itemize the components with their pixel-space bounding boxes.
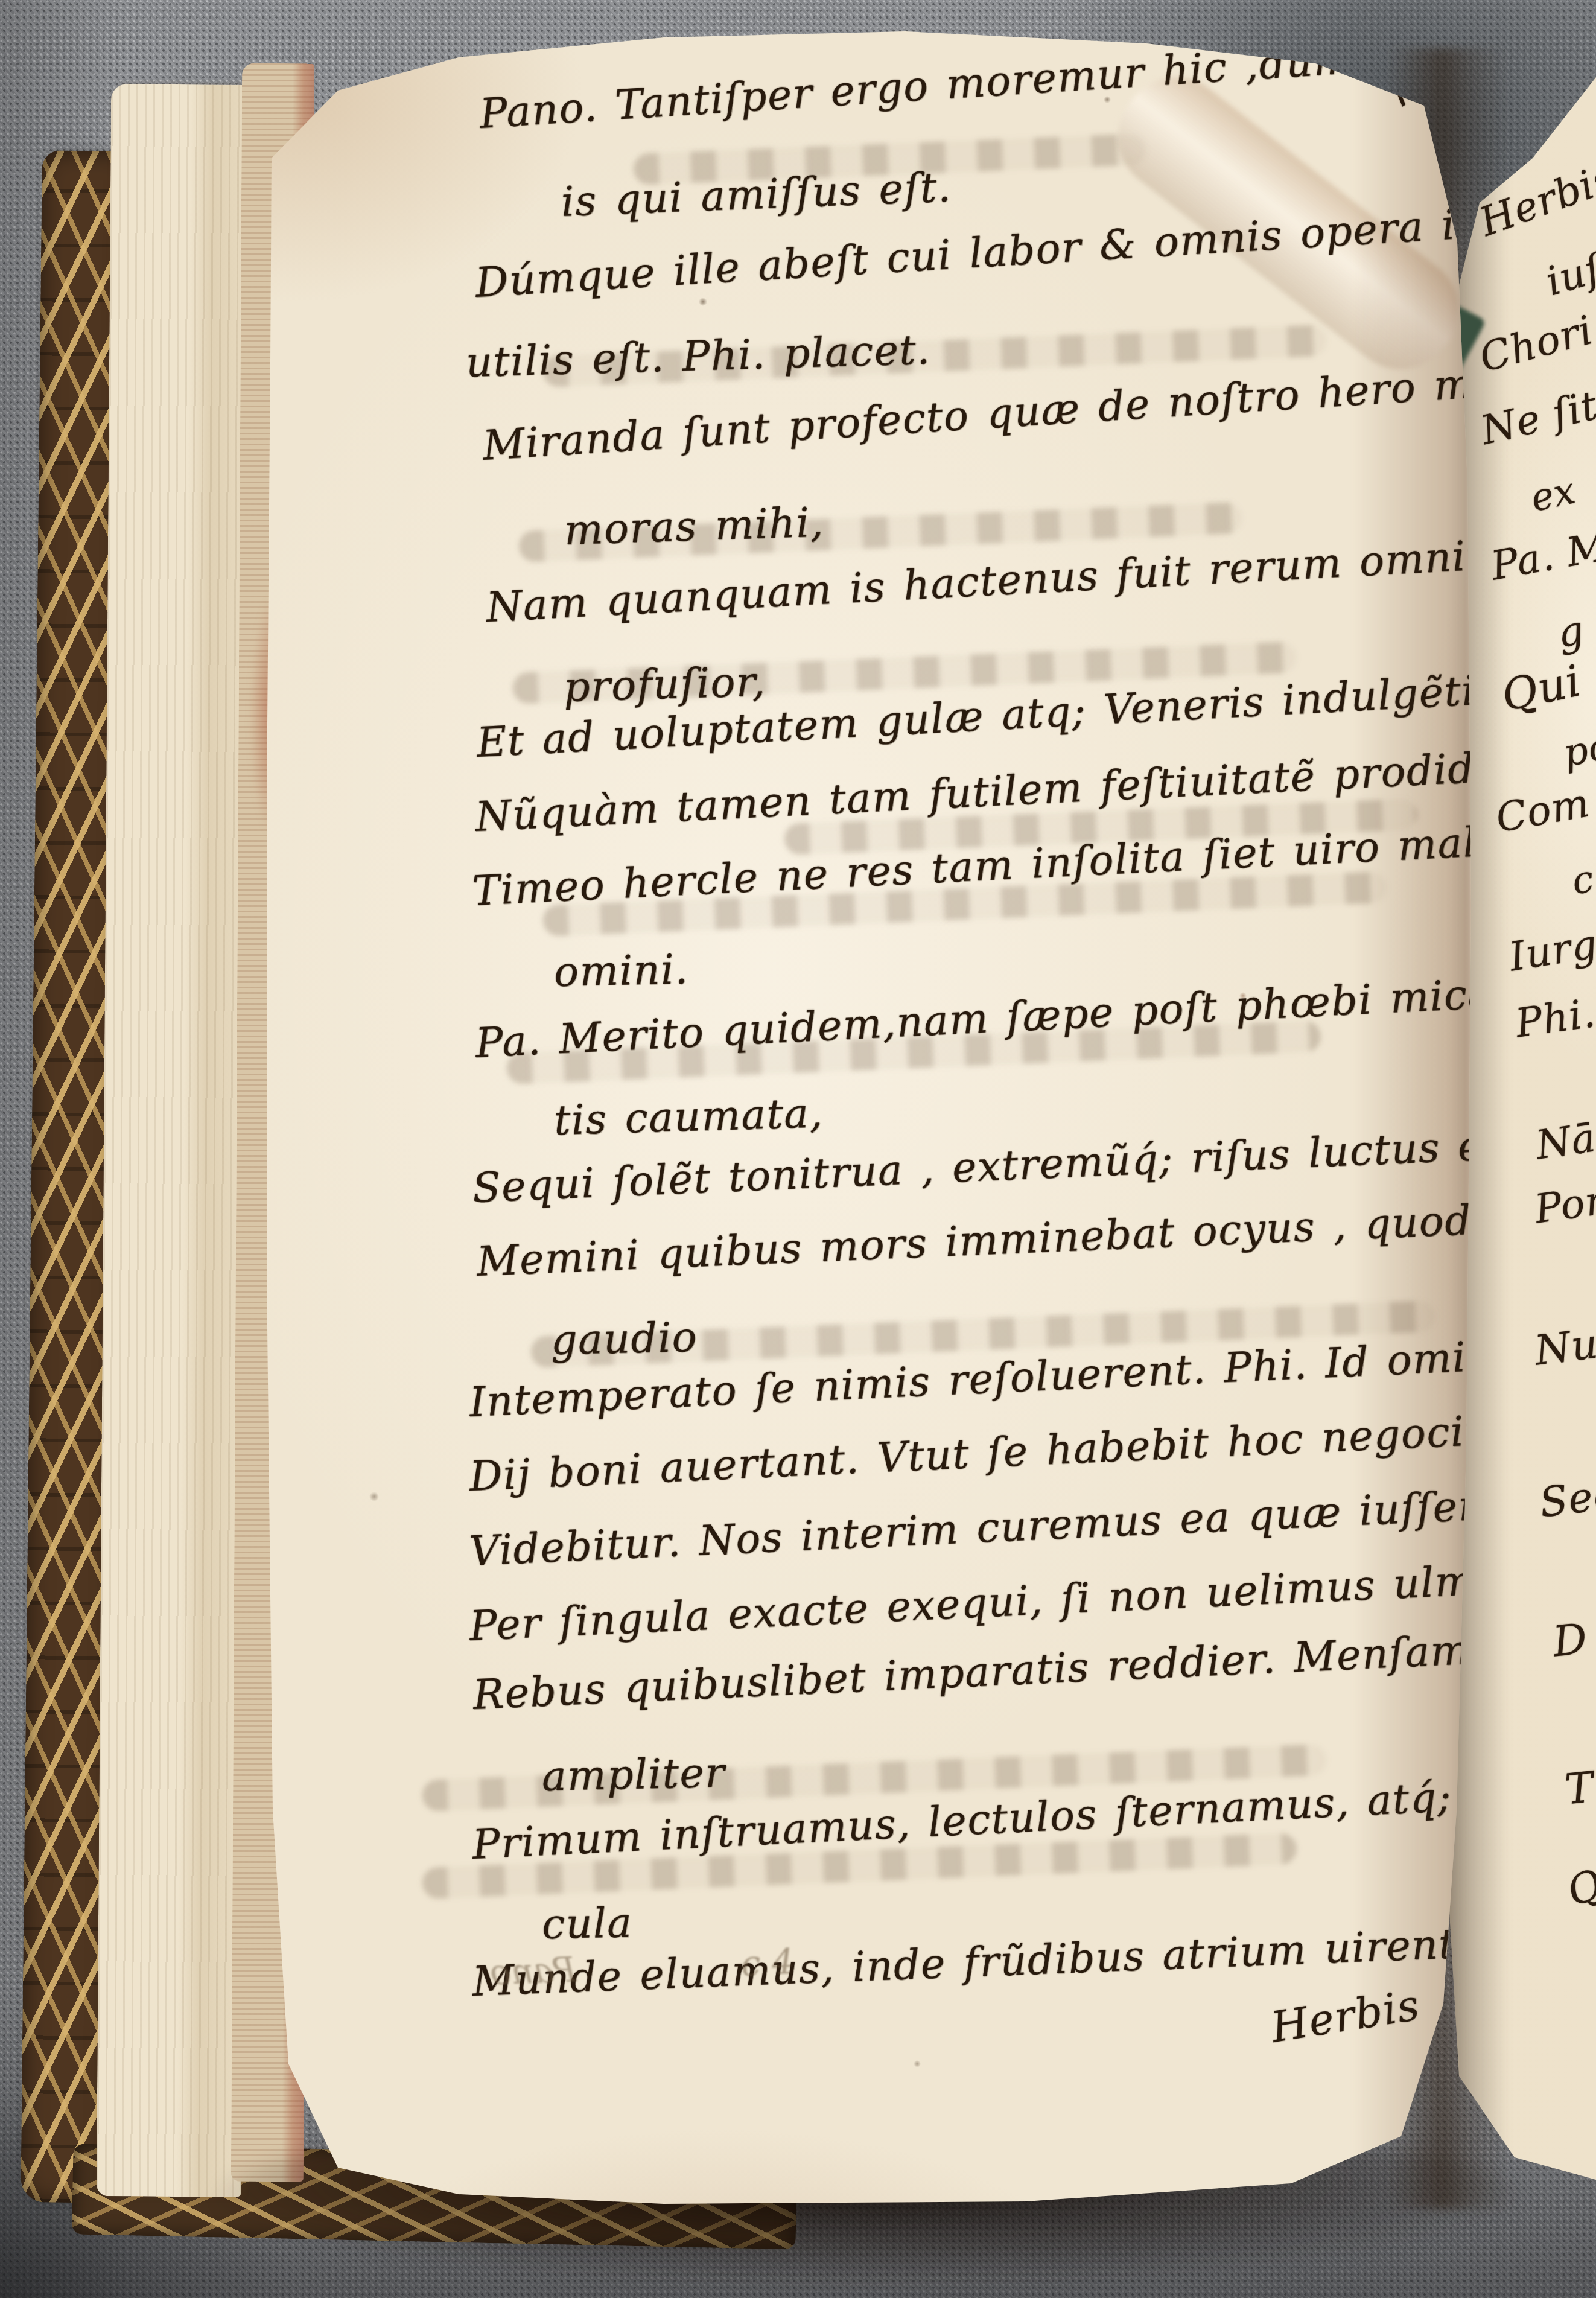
verse-line: utilis eſt. Phi. placet. xyxy=(465,326,931,387)
verse-line: omini. xyxy=(553,946,689,996)
verse-line: gaudio xyxy=(550,1314,698,1364)
verse-line: Memini quibus mors imminebat ocyus , quo… xyxy=(475,1197,1472,1286)
next-page-fragment: Por xyxy=(1532,1177,1596,1232)
next-page-fragment: T xyxy=(1563,1762,1596,1815)
verse-line: cula xyxy=(541,1899,633,1949)
show-through-signature-pano: Pano xyxy=(489,1949,577,1993)
signature-mark-c4: c 4 xyxy=(740,1941,795,1985)
verse-line: Dij boni auertant. Vtut ſe habebit hoc n… xyxy=(468,1406,1507,1501)
next-page-fragment: iuſ xyxy=(1540,245,1596,305)
photo-open-book: HerbisiuſChoriNe ſitexPa. MgQuipoComcIur… xyxy=(0,0,1596,2298)
next-page-fragment: Phi. xyxy=(1513,990,1596,1047)
next-page-fragment: Sec xyxy=(1537,1471,1596,1527)
verse-line: profuſior, xyxy=(563,658,767,711)
next-page-fragment: Nā xyxy=(1533,1115,1596,1169)
verse-line: tis caumata, xyxy=(553,1090,824,1145)
next-page-fragment: Iurg xyxy=(1506,921,1596,981)
next-page-fragment: po xyxy=(1560,724,1596,775)
next-page-fragment: g xyxy=(1554,606,1588,657)
next-page-fragment: Qui xyxy=(1497,655,1585,721)
next-page-fragment: Nu xyxy=(1532,1320,1596,1375)
verse-line: moras mihi, xyxy=(564,498,825,554)
next-page-fragment: ex xyxy=(1527,468,1579,520)
verse-line: ampliter xyxy=(541,1749,726,1801)
next-page-fragment: D xyxy=(1551,1614,1590,1667)
verse-line: is qui amiſſus eſt. xyxy=(560,164,952,226)
next-page-fragment: c xyxy=(1569,856,1596,903)
next-page-fragment: Q xyxy=(1562,1860,1596,1916)
